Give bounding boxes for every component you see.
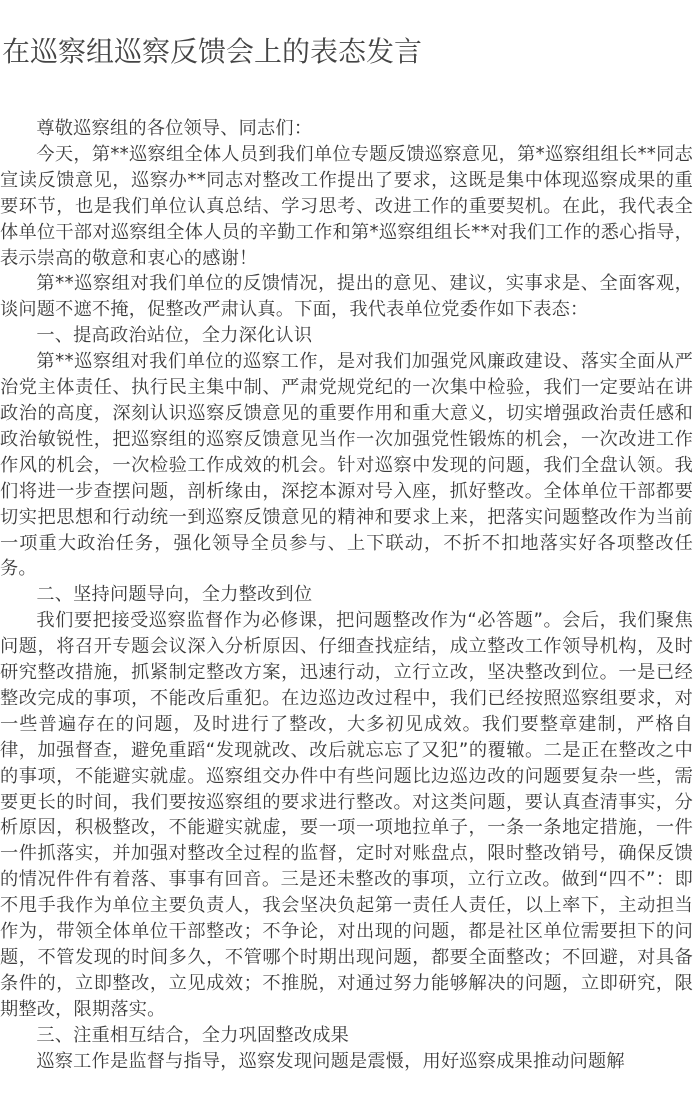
section-heading-3: 三、注重相互结合，全力巩固整改成果 <box>0 1023 693 1049</box>
section-heading-2: 二、坚持问题导向，全力整改到位 <box>0 582 693 608</box>
section-heading-1: 一、提高政治站位，全力深化认识 <box>0 323 693 349</box>
paragraph-section-2: 我们要把接受巡察监督作为必修课，把问题整改作为“必答题”。会后，我们聚焦问题，将… <box>0 608 693 1023</box>
paragraph-section-1: 第**巡察组对我们单位的巡察工作，是对我们加强党风廉政建设、落实全面从严治党主体… <box>0 349 693 582</box>
document-title: 在巡察组巡察反馈会上的表态发言 <box>2 32 422 72</box>
salutation: 尊敬巡察组的各位领导、同志们： <box>0 116 693 142</box>
paragraph-section-3: 巡察工作是监督与指导，巡察发现问题是震慑，用好巡察成果推动问题解 <box>0 1049 693 1075</box>
document-body: 尊敬巡察组的各位领导、同志们： 今天，第**巡察组全体人员到我们单位专题反馈巡察… <box>0 116 693 1075</box>
paragraph-intro: 第**巡察组对我们单位的反馈情况，提出的意见、建议，实事求是、全面客观，谈问题不… <box>0 271 693 323</box>
paragraph-opening: 今天，第**巡察组全体人员到我们单位专题反馈巡察意见，第*巡察组组长**同志宣读… <box>0 142 693 272</box>
